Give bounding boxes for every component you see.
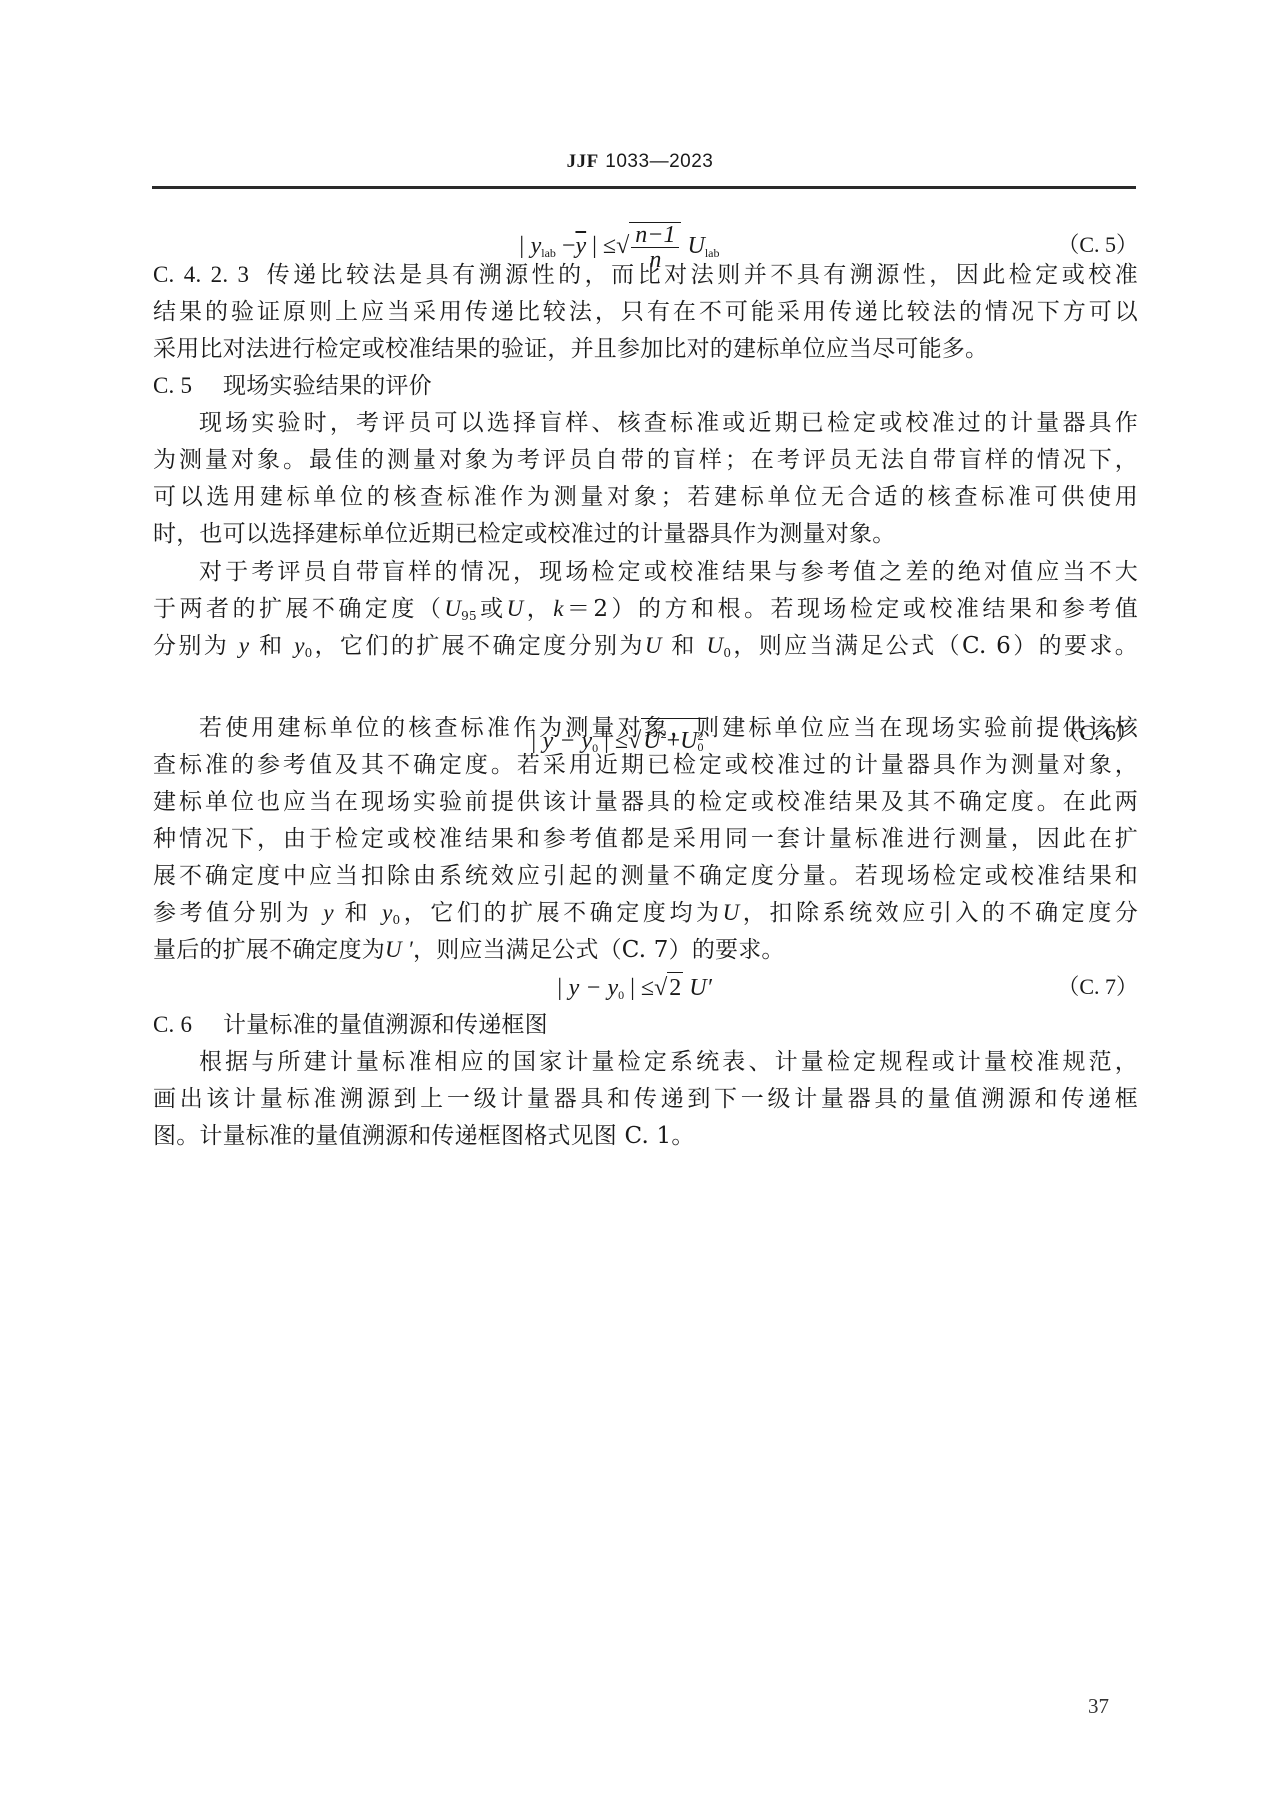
formula-c5-lhs-sub: lab	[541, 246, 556, 260]
sqrt-icon: √	[654, 975, 667, 1001]
paragraph-line: 对于考评员自带盲样的情况，现场检定或校准结果与参考值之差的绝对值应当不大	[153, 557, 1138, 587]
paragraph-line: 展不确定度中应当扣除由系统效应引起的测量不确定度分量。若现场检定或校准结果和	[153, 861, 1138, 891]
page-number: 37	[1088, 1694, 1109, 1719]
paragraph-line: 为测量对象。最佳的测量对象为考评员自带的盲样；在考评员无法自带盲样的情况下，	[153, 445, 1138, 475]
standard-code: JJF	[567, 151, 599, 172]
text: 和	[671, 633, 696, 659]
formula-c5-ybar: y	[575, 233, 586, 259]
plus-sign: +	[667, 728, 681, 754]
math-var: U	[707, 633, 724, 658]
paragraph-line: 种情况下，由于检定或校准结果和参考值都是采用同一套计量标准进行测量，因此在扩	[153, 824, 1138, 854]
text: ，它们的扩展不确定度分别为	[312, 633, 644, 659]
paragraph-line: 时，也可以选择建标单位近期已检定或校准过的计量器具作为测量对象。	[153, 519, 1138, 549]
standard-number: 1033—2023	[605, 151, 713, 172]
section-number: C. 5	[153, 371, 223, 401]
math-var: y	[382, 900, 392, 925]
math-var: y	[323, 900, 333, 925]
math-supsub: 20	[698, 731, 704, 753]
text: 分别为	[153, 633, 229, 659]
math-var: U	[645, 633, 662, 658]
section-number: C. 6	[153, 1010, 223, 1040]
formula-c5-rhs-sub: lab	[705, 246, 720, 260]
section-c423-line-2: 结果的验证原则上应当采用传递比较法，只有在不可能采用传递比较法的情况下方可以	[153, 297, 1138, 327]
section-c423-line-3: 采用比对法进行检定或校准结果的验证，并且参加比对的建标单位应当尽可能多。	[153, 334, 1138, 364]
formula-c7: | y − y0 | ≤√2 U′	[556, 972, 712, 1010]
document-header: JJF 1033—2023	[0, 150, 1280, 173]
text: ，则应当满足公式（C. 6）的要求。	[731, 633, 1138, 659]
sqrt-icon: √	[616, 233, 629, 259]
math-sub: 95	[461, 609, 477, 623]
text: 参考值分别为	[153, 900, 312, 926]
text: ，	[523, 596, 553, 622]
paragraph-line: 建标单位也应当在现场实验前提供该计量器具的检定或校准结果及其不确定度。在此两	[153, 787, 1138, 817]
math-var: U ′	[385, 937, 413, 962]
paragraph-line: 参考值分别为 y 和 y0，它们的扩展不确定度均为U，扣除系统效应引入的不确定度…	[153, 898, 1138, 935]
paragraph-line: 分别为 y 和 y0，它们的扩展不确定度分别为U 和 U0，则应当满足公式（C.…	[153, 631, 1138, 668]
math-var: U	[680, 728, 697, 754]
formula-c6-relation: | ≤	[604, 728, 628, 754]
math-sub: 0	[723, 646, 731, 660]
formula-c5-relation: | ≤	[592, 233, 616, 259]
section-heading-c5: C. 5现场实验结果的评价	[153, 371, 1138, 401]
formula-c6: | y − y0 | ≤√U2+U20	[530, 718, 706, 763]
formula-c6-lhs-sub: 0	[592, 741, 598, 755]
formula-c6-lhs: | y − y	[530, 728, 592, 754]
formula-c7-lhs: | y − y	[556, 975, 618, 1001]
text: 传递比较法是具有溯源性的，而比对法则并不具有溯源性，因此检定或校准	[263, 262, 1138, 288]
section-number: C. 4. 2. 3	[153, 262, 249, 287]
paragraph-line: 于两者的扩展不确定度（U95或U，k＝2）的方和根。若现场检定或校准结果和参考值	[153, 594, 1138, 631]
text: 于两者的扩展不确定度（	[153, 596, 444, 622]
section-c423-line-1: C. 4. 2. 3传递比较法是具有溯源性的，而比对法则并不具有溯源性，因此检定…	[153, 260, 1138, 290]
text: ，则应当满足公式（C. 7）的要求。	[413, 937, 785, 963]
paragraph-line: 可以选用建标单位的核查标准作为测量对象；若建标单位无合适的核查标准可供使用	[153, 482, 1138, 512]
paragraph-line: 画出该计量标准溯源到上一级计量器具和传递到下一级计量器具的量值溯源和传递框	[153, 1084, 1138, 1114]
equation-label-c6: （C. 6）	[1057, 718, 1138, 748]
formula-c7-lhs-sub: 0	[618, 988, 624, 1002]
section-title: 计量标准的量值溯源和传递框图	[223, 1012, 548, 1038]
text: 和	[259, 633, 284, 659]
math-var: U	[444, 596, 461, 621]
math-var: U	[723, 900, 740, 925]
formula-c5-lhs: | y	[518, 233, 541, 259]
formula-c7-rhs: U′	[689, 975, 712, 1001]
section-heading-c6: C. 6计量标准的量值溯源和传递框图	[153, 1010, 1138, 1040]
paragraph-line: 量后的扩展不确定度为U ′，则应当满足公式（C. 7）的要求。	[153, 935, 1138, 965]
paragraph-line: 根据与所建计量标准相应的国家计量检定系统表、计量检定规程或计量校准规范，	[153, 1047, 1138, 1077]
formula-c5-minus: −	[562, 233, 576, 259]
text: ，扣除系统效应引入的不确定度分	[739, 900, 1138, 926]
text: ，它们的扩展不确定度均为	[400, 900, 722, 926]
formula-c6-radicand: U2+U20	[641, 718, 705, 756]
formula-c7-relation: | ≤	[630, 975, 654, 1001]
text: 和	[345, 900, 372, 926]
sqrt-icon: √	[628, 728, 641, 754]
math-var: k	[553, 596, 563, 621]
text: 或	[477, 596, 507, 622]
formula-c5-numerator: n−1	[631, 223, 679, 248]
text: 量后的扩展不确定度为	[153, 937, 385, 963]
header-rule	[152, 186, 1136, 189]
paragraph-line: 现场实验时，考评员可以选择盲样、核查标准或近期已检定或校准过的计量器具作	[153, 408, 1138, 438]
math-var: U	[507, 596, 524, 621]
text: ＝2）的方和根。若现场检定或校准结果和参考值	[564, 596, 1138, 622]
math-var: y	[294, 633, 304, 658]
math-var: U	[643, 728, 660, 754]
formula-c5-rhs: U	[687, 233, 704, 259]
math-sub: 0	[698, 742, 704, 753]
formula-c7-radicand: 2	[667, 972, 683, 1003]
paragraph-line: 图。计量标准的量值溯源和传递框图格式见图 C. 1。	[153, 1121, 1138, 1151]
math-var: y	[239, 633, 249, 658]
equation-label-c5: （C. 5）	[1057, 230, 1138, 260]
equation-label-c7: （C. 7）	[1057, 972, 1138, 1002]
section-title: 现场实验结果的评价	[223, 373, 432, 399]
